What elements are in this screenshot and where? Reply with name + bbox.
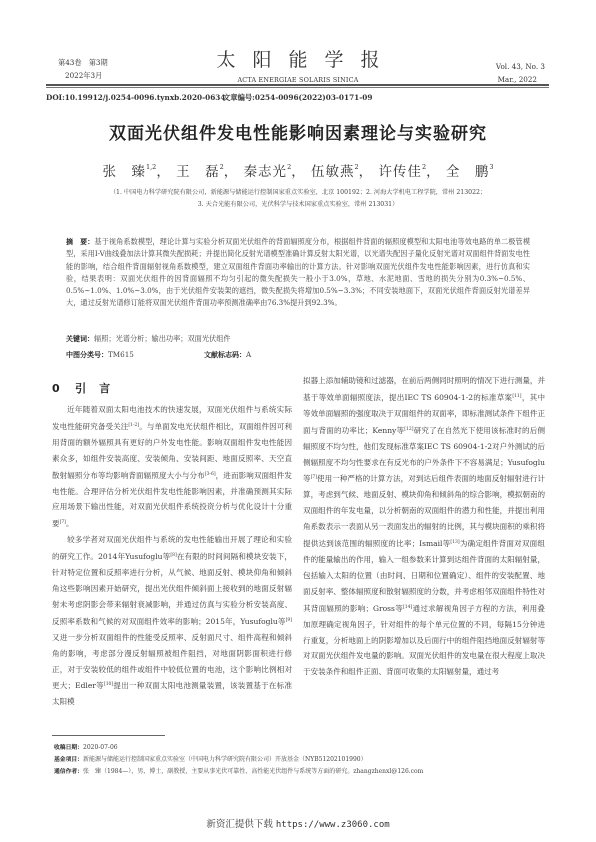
header-rule-thin (46, 87, 549, 88)
author-separator: ， (224, 164, 239, 180)
affiliation-line: 3. 天合光能有限公司，光伏科学与技术国家重点实验室，常州 213031） (30, 199, 566, 211)
affiliations: （1. 中国电力科学研究院有限公司，新能源与储能运行控制国家重点实验室，北京 1… (30, 187, 566, 211)
author-affiliation-mark: 3 (489, 163, 493, 171)
abstract-text: 基于视角系数模型，理论计算与实验分析双面光伏组件的背面辐照度分布，根据组件背面的… (66, 237, 530, 307)
fund-project: 基金项目：新能源与储能运行控制国家重点实验室（中国电力科学研究院有限公司）开放基… (54, 754, 544, 766)
citation: [14] (403, 605, 412, 610)
journal-masthead: 太阳能学报 ACTA ENERGIAE SOLARIS SINICA (150, 49, 446, 84)
keywords-text: 辐照；光谱分析；输出功率；双面光伏组件 (94, 334, 231, 343)
author-separator: ， (291, 164, 306, 180)
author-affiliation-mark: 1,2 (146, 163, 156, 171)
section-title: 引 言 (75, 382, 111, 395)
doi-row: DOI:10.19912/j.0254-0096.tynxb.2020-0634… (46, 93, 225, 102)
received-date: 收稿日期：2020-07-06 (54, 742, 544, 754)
body-column-left: 近年随着双面太阳电池技术的快速发展，双面光伏组件与系统实际发电性能研究备受关注[… (52, 402, 292, 710)
doc-code: A (246, 350, 251, 359)
volume-issue-cn: 第43卷 第3期 (58, 56, 108, 69)
citation: [12] (404, 427, 413, 432)
author: 许传佳 (378, 164, 422, 180)
author: 张 臻 (102, 164, 146, 180)
author-list: 张 臻1,2， 王 磊2， 秦志光2， 伍敏燕2， 许传佳2， 全 鹏3 (0, 160, 596, 180)
download-watermark: 新资汇提供下载 https://www.z3060.com (0, 816, 596, 830)
article-number: 文章编号:0254-0096(2022)03-0171-09 (223, 93, 372, 103)
author-separator: ， (426, 164, 441, 180)
abstract: 摘 要：基于视角系数模型，理论计算与实验分析双面光伏组件的背面辐照度分布，根据组… (66, 236, 530, 310)
affiliation-line: （1. 中国电力科学研究院有限公司，新能源与储能运行控制国家重点实验室，北京 1… (30, 187, 566, 199)
header-rule (46, 84, 549, 86)
paper-title: 双面光伏组件发电性能影响因素理论与实验研究 (0, 119, 596, 144)
clc-label: 中图分类号： (66, 351, 108, 359)
corresponding-author: 通信作者：张 臻（1984—），男，博士，副教授，主要从事光伏可靠性、高性能光伏… (54, 766, 544, 778)
journal-title-en: ACTA ENERGIAE SOLARIS SINICA (150, 76, 446, 84)
author: 全 鹏 (446, 164, 490, 180)
journal-issue-cn: 第43卷 第3期 2022年3月 (58, 56, 108, 82)
watermark-text: 新资汇提供下载 (206, 819, 273, 830)
body-column-right: 拟器上添加辅助镜和过滤器，在前后两侧同时照明的情况下进行测量，并基于等效单面辐照… (303, 373, 545, 680)
paragraph: 近年随着双面太阳电池技术的快速发展，双面光伏组件与系统实际发电性能研究备受关注[… (52, 402, 292, 532)
author: 王 磊 (176, 164, 220, 180)
author-separator: ， (156, 164, 171, 180)
abstract-label: 摘 要： (66, 238, 94, 246)
section-heading: 0 引 言 (52, 380, 111, 396)
date-cn: 2022年3月 (58, 69, 108, 82)
citation: [1-2] (128, 423, 139, 428)
section-number: 0 (52, 382, 61, 395)
author-separator: ， (359, 164, 374, 180)
citation: [9] (286, 618, 292, 623)
citation: [3-6] (205, 472, 216, 477)
keywords-label: 关键词： (66, 335, 94, 343)
document-code: 文献标志码：A (204, 350, 251, 360)
citation: [13] (450, 540, 459, 545)
citation: [10] (104, 682, 113, 687)
keywords: 关键词：辐照；光谱分析；输出功率；双面光伏组件 (66, 334, 231, 344)
journal-title-cn: 太阳能学报 (150, 49, 446, 72)
author: 秦志光 (244, 164, 288, 180)
paragraph: 较多学者对双面光伏组件与系统的发电性能输出开展了理论和实验的研究工作。2014年… (52, 532, 292, 710)
clc-number: TM615 (108, 350, 134, 359)
footnote-rule (52, 735, 165, 736)
volume-issue-en: Vol. 43, No. 3 (455, 60, 545, 73)
watermark-url[interactable]: https://www.z3060.com (276, 820, 390, 830)
citation: [11] (512, 394, 521, 399)
doi: DOI:10.19912/j.0254-0096.tynxb.2020-0634 (46, 93, 225, 102)
footnotes: 收稿日期：2020-07-06 基金项目：新能源与储能运行控制国家重点实验室（中… (54, 742, 544, 778)
author: 伍敏燕 (311, 164, 355, 180)
journal-issue-en: Vol. 43, No. 3 Mar., 2022 (455, 60, 545, 86)
paragraph: 拟器上添加辅助镜和过滤器，在前后两侧同时照明的情况下进行测量，并基于等效单面辐照… (303, 373, 545, 680)
classification: 中图分类号：TM615 文献标志码：A (66, 350, 134, 360)
doc-code-label: 文献标志码： (204, 351, 246, 359)
